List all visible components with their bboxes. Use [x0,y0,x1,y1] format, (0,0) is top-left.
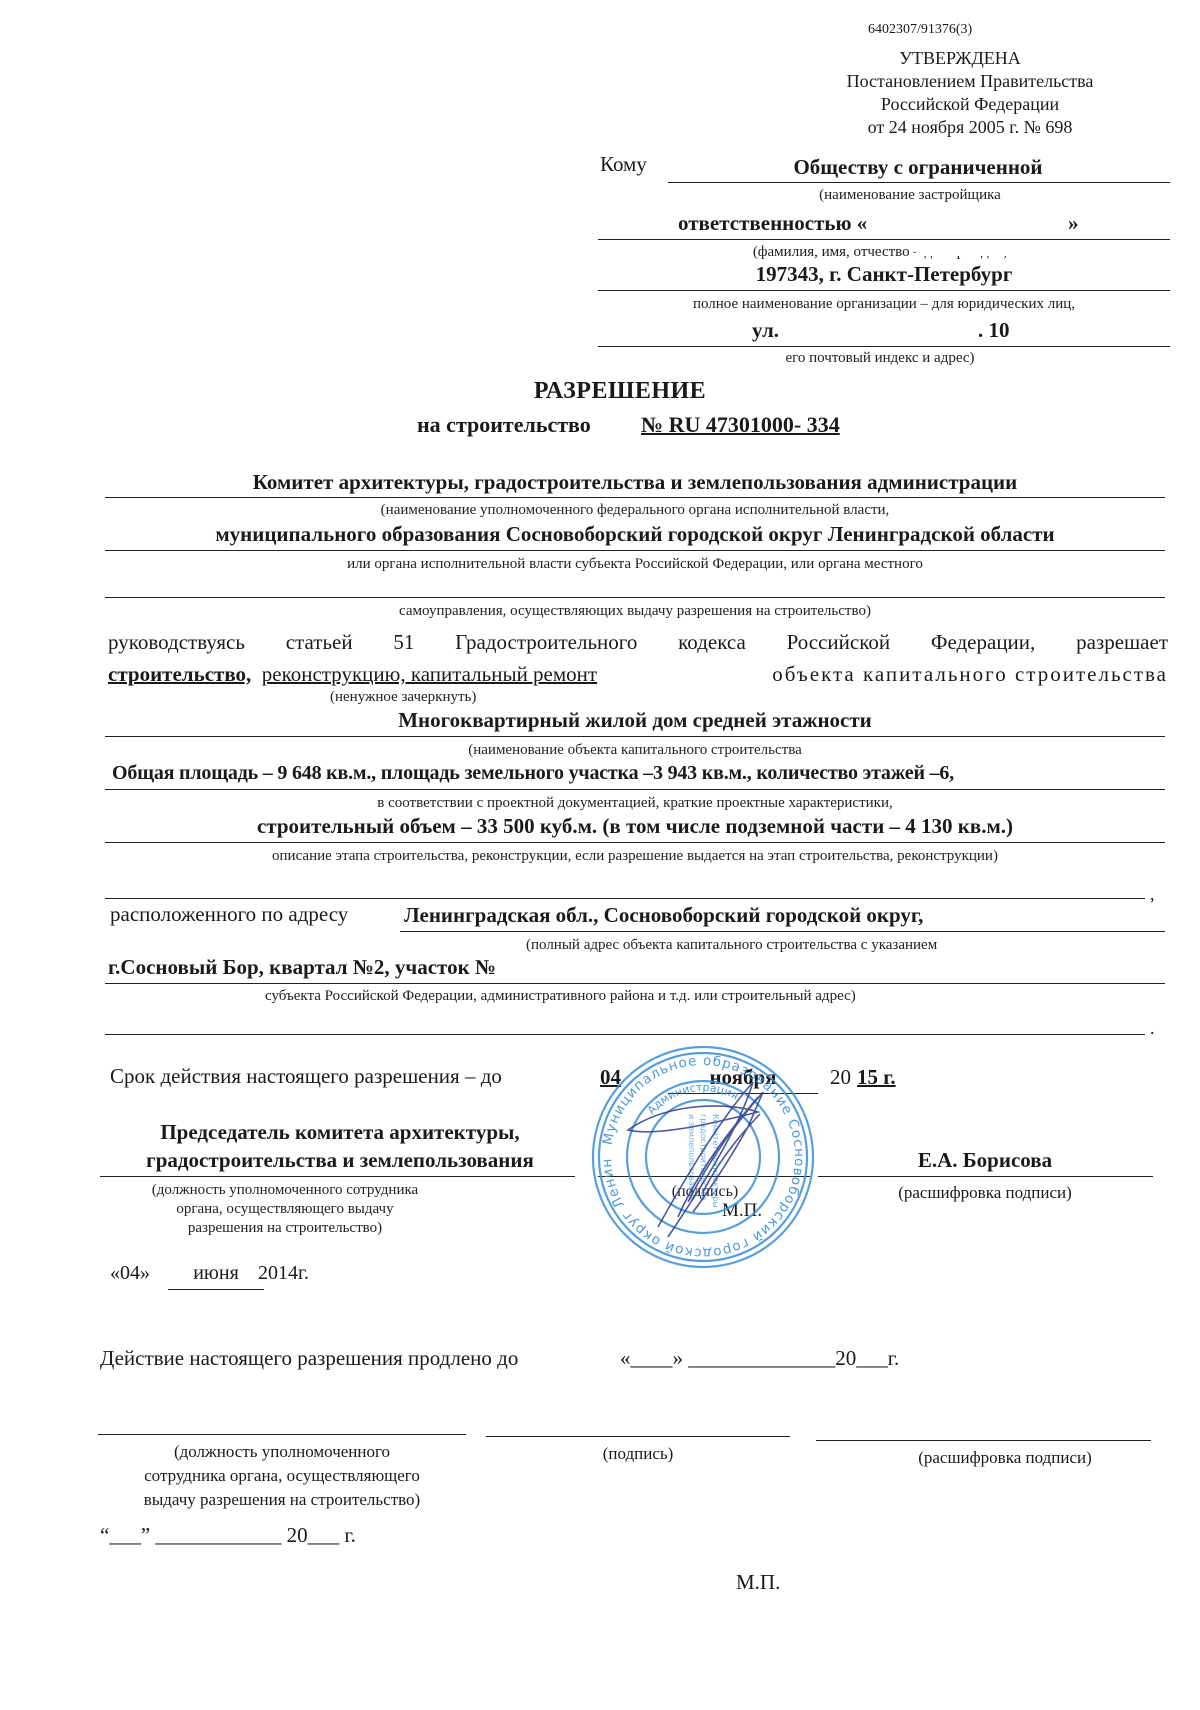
comma-mark: , [1150,884,1155,905]
approval-line3: от 24 ноября 2005 г. № 698 [820,117,1120,138]
recipient-line3: 197343, г. Санкт-Петербург [598,262,1170,287]
authority-caption1: (наименование уполномоченного федерально… [105,502,1165,519]
redacted-plot-number [600,952,640,980]
period-mark: . [1150,1018,1155,1039]
signatory-caption1: (должность уполномоченного сотрудника [100,1182,470,1199]
object-caption3: описание этапа строительства, реконструк… [105,848,1165,865]
struck-options: реконструкцию, капитальный ремонт [262,662,597,686]
recipient-label: Кому [600,152,647,177]
document-title: РАЗРЕШЕНИЕ [400,378,840,405]
seal-outer-text: Муниципальное образование Сосновоборский… [588,1042,807,1261]
body-line1: руководствуясь статьей 51 Градостроитель… [108,630,1168,655]
address-line1: Ленинградская обл., Сосновоборский город… [404,903,923,928]
validity-label: Срок действия настоящего разрешения – до [110,1064,502,1089]
authority-line2: муниципального образования Сосновоборски… [105,522,1165,547]
recipient-line2-start: ответственностью « [678,211,867,236]
svg-text:Администрация: Администрация [645,1081,741,1117]
seal-inner-text: Администрация [645,1081,741,1117]
recipient-caption3: полное наименование организации – для юр… [598,296,1170,313]
validity-year-prefix: 20 [830,1065,851,1090]
body-line2-end: объекта капитального строительства [772,662,1168,687]
extension-position-caption2: сотрудника органа, осуществляющего [98,1466,466,1486]
extension-stamp-label: М.П. [736,1570,780,1595]
address-caption2: субъекта Российской Федерации, администр… [265,988,856,1005]
recipient-line2-end: » [1068,211,1079,236]
authority-line1: Комитет архитектуры, градостроительства … [105,470,1165,495]
object-specs1: Общая площадь – 9 648 кв.м., площадь зем… [112,762,954,785]
recipient-caption4: его почтовый индекс и адрес) [700,350,1060,367]
strike-caption: (ненужное зачеркнуть) [330,689,476,706]
issue-year: 2014г. [258,1262,309,1285]
approval-line1: Постановлением Правительства [820,71,1120,92]
permit-number: № RU 47301000- 334 [641,412,840,438]
object-specs2: строительный объем – 33 500 куб.м. (в то… [105,814,1165,839]
object-caption1: (наименование объекта капитального строи… [105,742,1165,759]
document-number: 6402307/91376(3) [868,22,972,38]
issue-month: июня [168,1262,264,1285]
signatory-caption2: органа, осуществляющего выдачу [100,1201,470,1218]
official-seal-icon: Муниципальное образование Сосновоборский… [588,1042,818,1272]
address-caption1: (полный адрес объекта капитального строи… [526,937,937,954]
extension-name-caption: (расшифровка подписи) [840,1448,1170,1468]
title-prefix: на строительство [417,412,591,438]
object-caption2: в соответствии с проектной документацией… [105,795,1165,812]
kept-option: строительство, [108,662,251,686]
recipient-line4-start: ул. [752,318,779,343]
authority-caption2: или органа исполнительной власти субъект… [105,556,1165,573]
recipient-line1: Обществу с ограниченной [668,155,1168,180]
redacted-caption-part [916,242,1068,256]
approval-line2: Российской Федерации [820,94,1120,115]
redacted-street [800,314,976,346]
extension-label: Действие настоящего разрешения продлено … [100,1346,518,1371]
extension-signature-caption: (подпись) [486,1444,790,1464]
address-label: расположенного по адресу [110,902,348,927]
recipient-caption1: (наименование застройщика [700,187,1120,204]
extension-date-blank: «____» ______________20___г. [620,1346,899,1371]
address-line2: г.Сосновый Бор, квартал №2, участок № [108,955,496,980]
issue-day: «04» [110,1262,150,1285]
extension-position-caption3: выдачу разрешения на строительство) [98,1490,466,1510]
authority-caption3: самоуправления, осуществляющих выдачу ра… [105,603,1165,620]
extension-position-caption1: (должность уполномоченного [98,1442,466,1462]
signatory-name-caption: (расшифровка подписи) [820,1183,1150,1203]
signatory-position-line1: Председатель комитета архитектуры, [110,1120,570,1145]
extension-date-line: “___” ____________ 20___ г. [100,1523,356,1548]
signatory-caption3: разрешения на строительство) [100,1220,470,1237]
validity-year-suffix: 15 г. [857,1065,896,1090]
signatory-name: Е.А. Борисова [820,1148,1150,1173]
svg-text:Муниципальное образование Сосн: Муниципальное образование Сосновоборский… [588,1042,807,1261]
recipient-line4-end: . 10 [978,318,1010,343]
approval-title: УТВЕРЖДЕНА [830,48,1090,69]
signatory-position-line2: градостроительства и землепользования [105,1148,575,1173]
body-line2: строительство, реконструкцию, капитальны… [108,662,1168,687]
object-name: Многоквартирный жилой дом средней этажно… [105,708,1165,733]
